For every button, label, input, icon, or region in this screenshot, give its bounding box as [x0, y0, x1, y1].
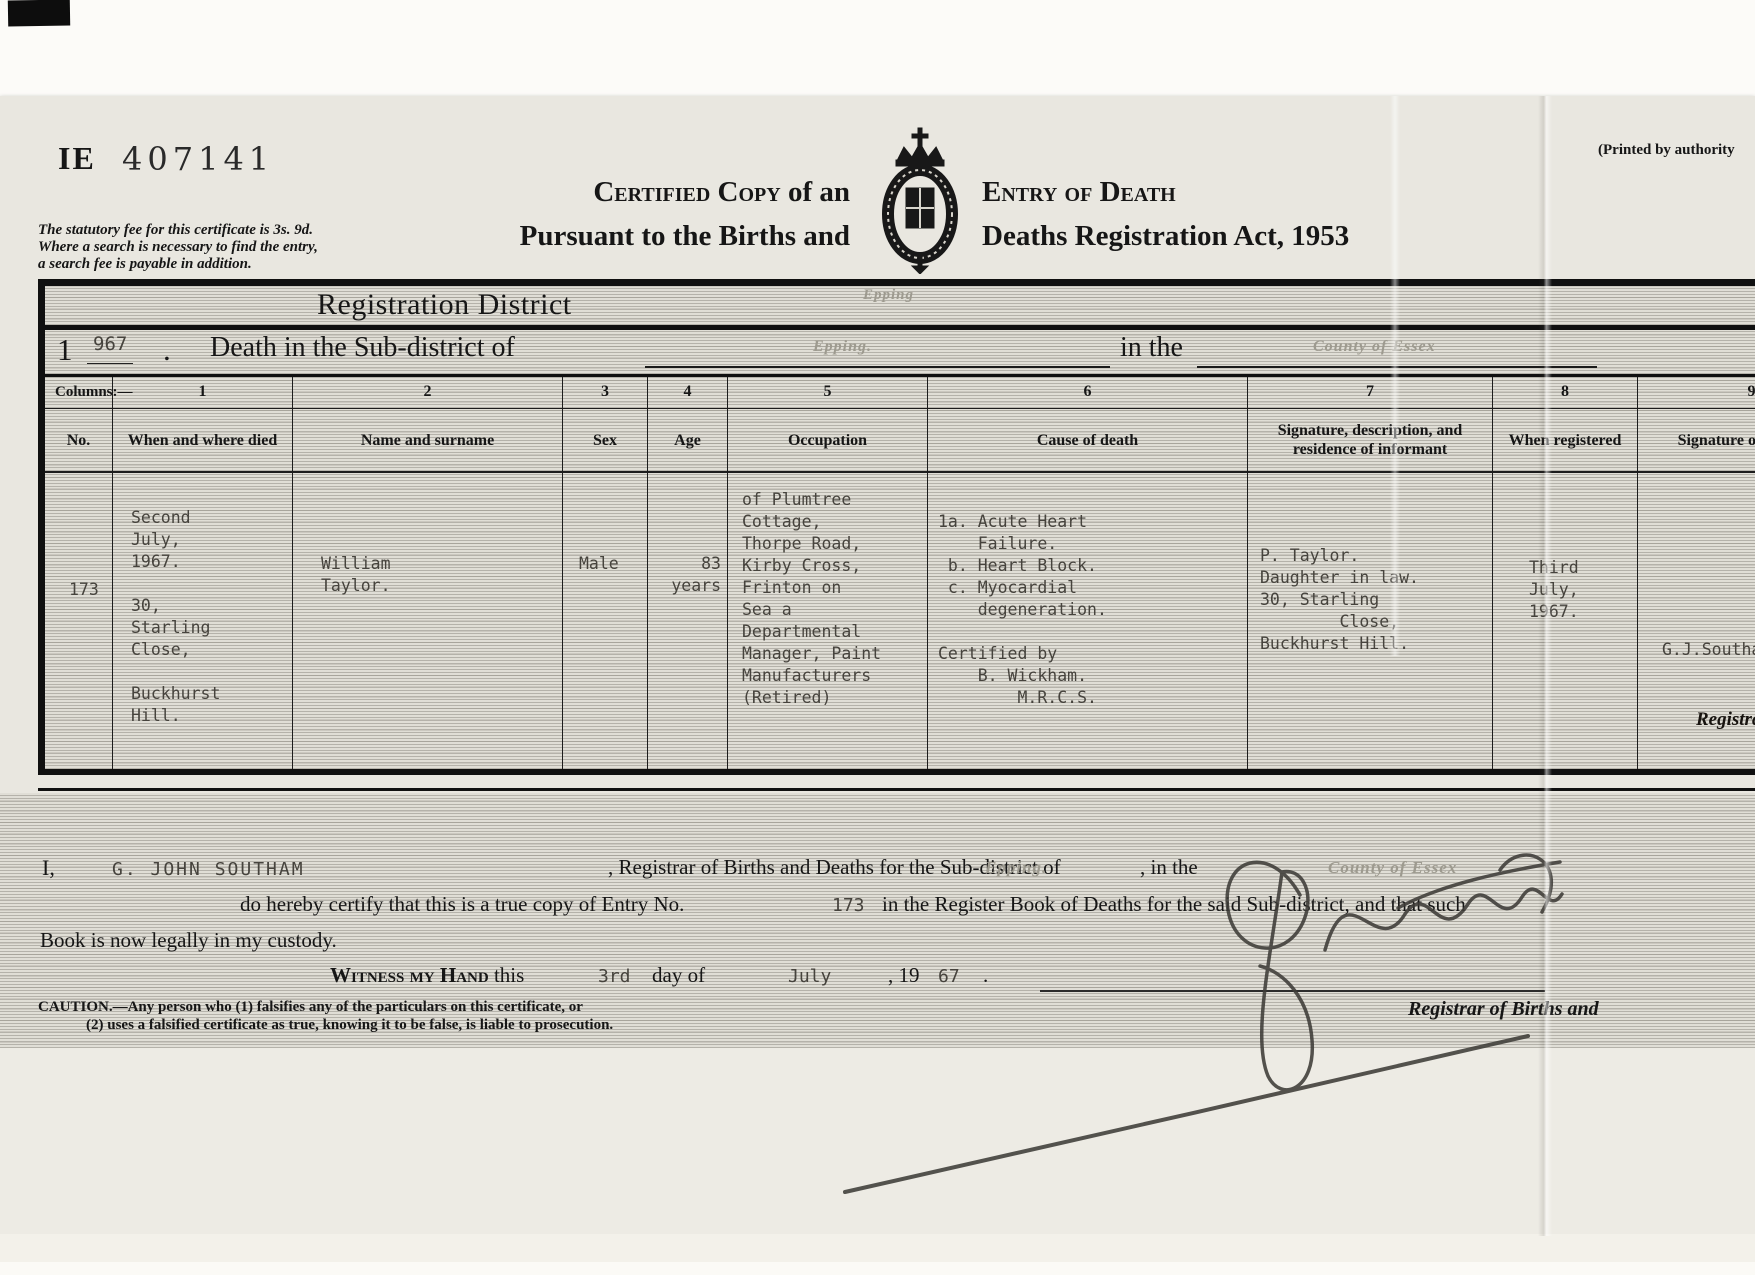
informant-cell: P. Taylor. Daughter in law. 30, Starling… — [1248, 473, 1493, 769]
serial-prefix: IE — [58, 140, 96, 177]
name-surname-cell: William Taylor. — [293, 473, 563, 769]
header-occupation: Occupation — [728, 409, 928, 473]
witness-my-hand-text: Witness my Hand this — [330, 963, 524, 988]
registration-district-band: Registration District Epping — [45, 286, 1755, 330]
table-bottom-rule — [38, 788, 1755, 791]
header-when-where-died: When and where died — [113, 409, 293, 473]
when-where-died-cell: Second July, 1967. 30, Starling Close, B… — [113, 473, 293, 769]
scan-corner-mark — [8, 0, 70, 27]
occupation-cell: of Plumtree Cottage, Thorpe Road, Kirby … — [728, 473, 928, 769]
registrar-signature-icon — [800, 800, 1755, 1220]
scan-backdrop-strip — [0, 1234, 1755, 1262]
col-num-2: 2 — [293, 377, 563, 409]
registrar-signature-typed: G.J.Southam — [1638, 517, 1755, 661]
header-signature-of-registrar: Signature of registrar — [1638, 409, 1755, 473]
subdistrict-stamp: Epping. — [813, 338, 872, 356]
header-informant: Signature, description, and residence of… — [1248, 409, 1493, 473]
col-num-3: 3 — [563, 377, 648, 409]
entry-table: Columns:— 1 2 3 4 5 6 7 8 9 No. When and… — [45, 377, 1755, 775]
subdistrict-label: Death in the Sub-district of — [210, 332, 515, 364]
header-cause-of-death: Cause of death — [928, 409, 1248, 473]
header-name-surname: Name and surname — [293, 409, 563, 473]
header-no: No. — [45, 409, 113, 473]
columns-label-cell: Columns:— — [45, 377, 113, 409]
subdistrict-blank-line — [645, 366, 1110, 368]
paper-fold-crease-2 — [1390, 96, 1400, 656]
royal-coat-of-arms-icon — [868, 126, 972, 274]
header-when-registered: When registered — [1493, 409, 1638, 473]
col-num-9: 9 — [1638, 377, 1755, 409]
title-line2-right: Deaths Registration Act, 1953 — [982, 220, 1562, 253]
header-age: Age — [648, 409, 728, 473]
registrar-signature-cell: G.J.Southam Registrar — [1638, 473, 1755, 769]
printed-by-authority-note: (Printed by authority — [1598, 142, 1755, 159]
cause-of-death-cell: 1a. Acute Heart Failure. b. Heart Block.… — [928, 473, 1248, 769]
when-registered-cell: Third July, 1967. — [1493, 473, 1638, 769]
custody-text: Book is now legally in my custody. — [40, 928, 337, 953]
serial-number: 407141 — [122, 140, 274, 178]
caution-note: CAUTION.—Any person who (1) falsifies an… — [38, 998, 613, 1034]
year-printed: 1 — [57, 332, 73, 368]
entry-no-cell: 173 — [45, 473, 113, 769]
paper-fold-crease — [1538, 96, 1552, 1236]
col-num-1: 1 — [113, 377, 293, 409]
certifier-i-label: I, — [42, 855, 55, 881]
scan-backdrop-top — [0, 0, 1755, 96]
sex-cell: Male — [563, 473, 648, 769]
year-typed: 967 — [87, 333, 133, 364]
col-num-5: 5 — [728, 377, 928, 409]
statutory-fee-note: The statutory fee for this certificate i… — [38, 222, 378, 273]
certify-text: do hereby certify that this is a true co… — [240, 892, 684, 917]
col-num-7: 7 — [1248, 377, 1493, 409]
col-num-4: 4 — [648, 377, 728, 409]
title-line2-left: Pursuant to the Births and — [380, 220, 850, 253]
year-period: . — [163, 332, 171, 368]
scan-backdrop-bottom — [0, 1262, 1755, 1275]
title-line1-left: Certified Copy of an — [440, 176, 850, 209]
death-certificate-scan: { "page": { "serial_prefix": "IE", "seri… — [0, 0, 1755, 1275]
col-num-8: 8 — [1493, 377, 1638, 409]
certifier-name: G. JOHN SOUTHAM — [112, 859, 305, 880]
header-sex: Sex — [563, 409, 648, 473]
county-stamp: County of Essex — [1313, 338, 1436, 356]
age-cell: 83 years — [648, 473, 728, 769]
title-line1-right: Entry of Death — [982, 176, 1542, 209]
registrar-caption-in-cell: Registrar — [1696, 709, 1755, 731]
district-stamp: Epping — [863, 287, 914, 304]
day-of-label: day of — [652, 963, 705, 988]
registration-district-label: Registration District — [317, 288, 572, 322]
subdistrict-line: 1 967 . Death in the Sub-district of Epp… — [45, 330, 1755, 377]
witness-day-typed: 3rd — [598, 966, 631, 987]
in-the-label: in the — [1120, 332, 1183, 364]
certificate-table-block: Registration District Epping 1 967 . Dea… — [38, 279, 1755, 775]
col-num-6: 6 — [928, 377, 1248, 409]
